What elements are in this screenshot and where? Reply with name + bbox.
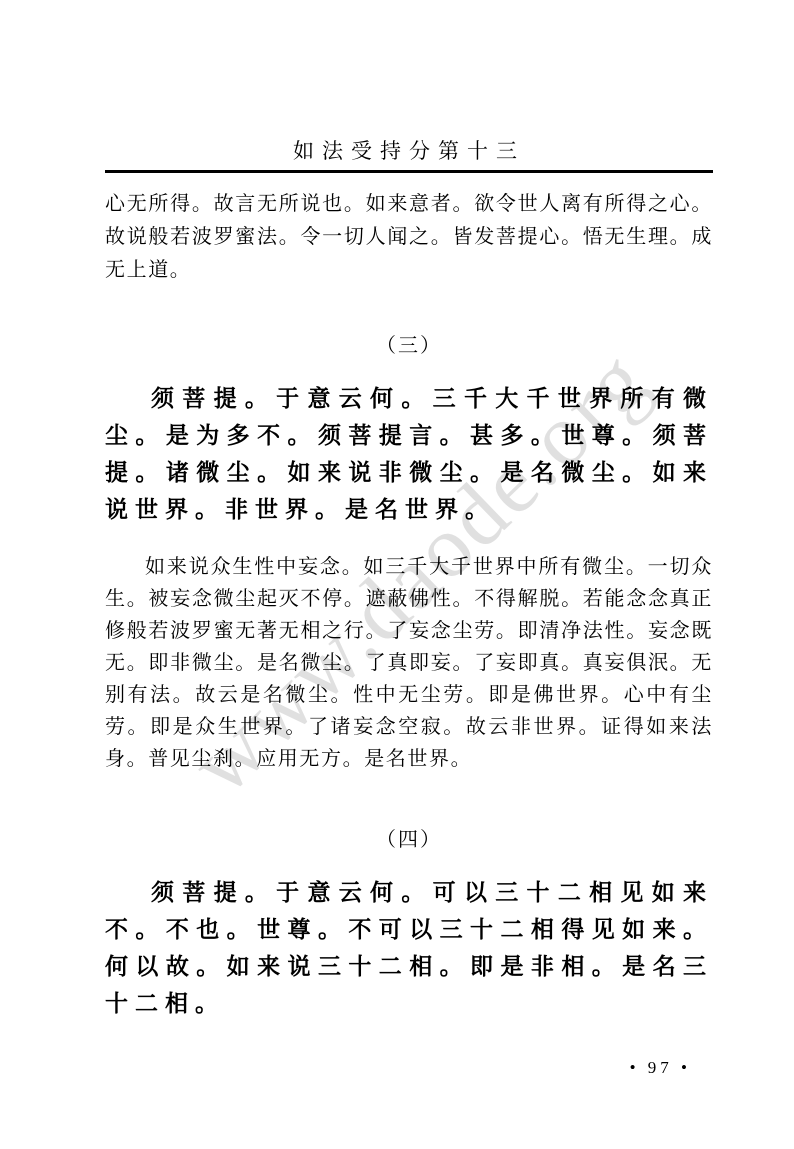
book-page: www.daode.org 如法受持分第十三 心无所得。故言无所说也。如来意者。… <box>0 0 794 1149</box>
section-three-label: （三） <box>105 329 713 358</box>
page-number: • 97 • <box>105 1058 713 1078</box>
sutra-text-section-three: 须菩提。于意云何。三千大千世界所有微尘。是为多不。须菩提言。甚多。世尊。须菩提。… <box>105 380 713 528</box>
intro-paragraph: 心无所得。故言无所说也。如来意者。欲令世人离有所得之心。故说般若波罗蜜法。令一切… <box>105 188 713 287</box>
page-content: 如法受持分第十三 心无所得。故言无所说也。如来意者。欲令世人离有所得之心。故说般… <box>105 139 713 1078</box>
header-rule <box>105 170 713 173</box>
commentary-section-three: 如来说众生性中妄念。如三千大千世界中所有微尘。一切众生。被妄念微尘起灭不停。遮蔽… <box>105 551 713 775</box>
section-four-label: （四） <box>105 823 713 852</box>
sutra-text-section-four: 须菩提。于意云何。可以三十二相见如来不。不也。世尊。不可以三十二相得见如来。何以… <box>105 874 713 1022</box>
chapter-title: 如法受持分第十三 <box>105 139 713 163</box>
